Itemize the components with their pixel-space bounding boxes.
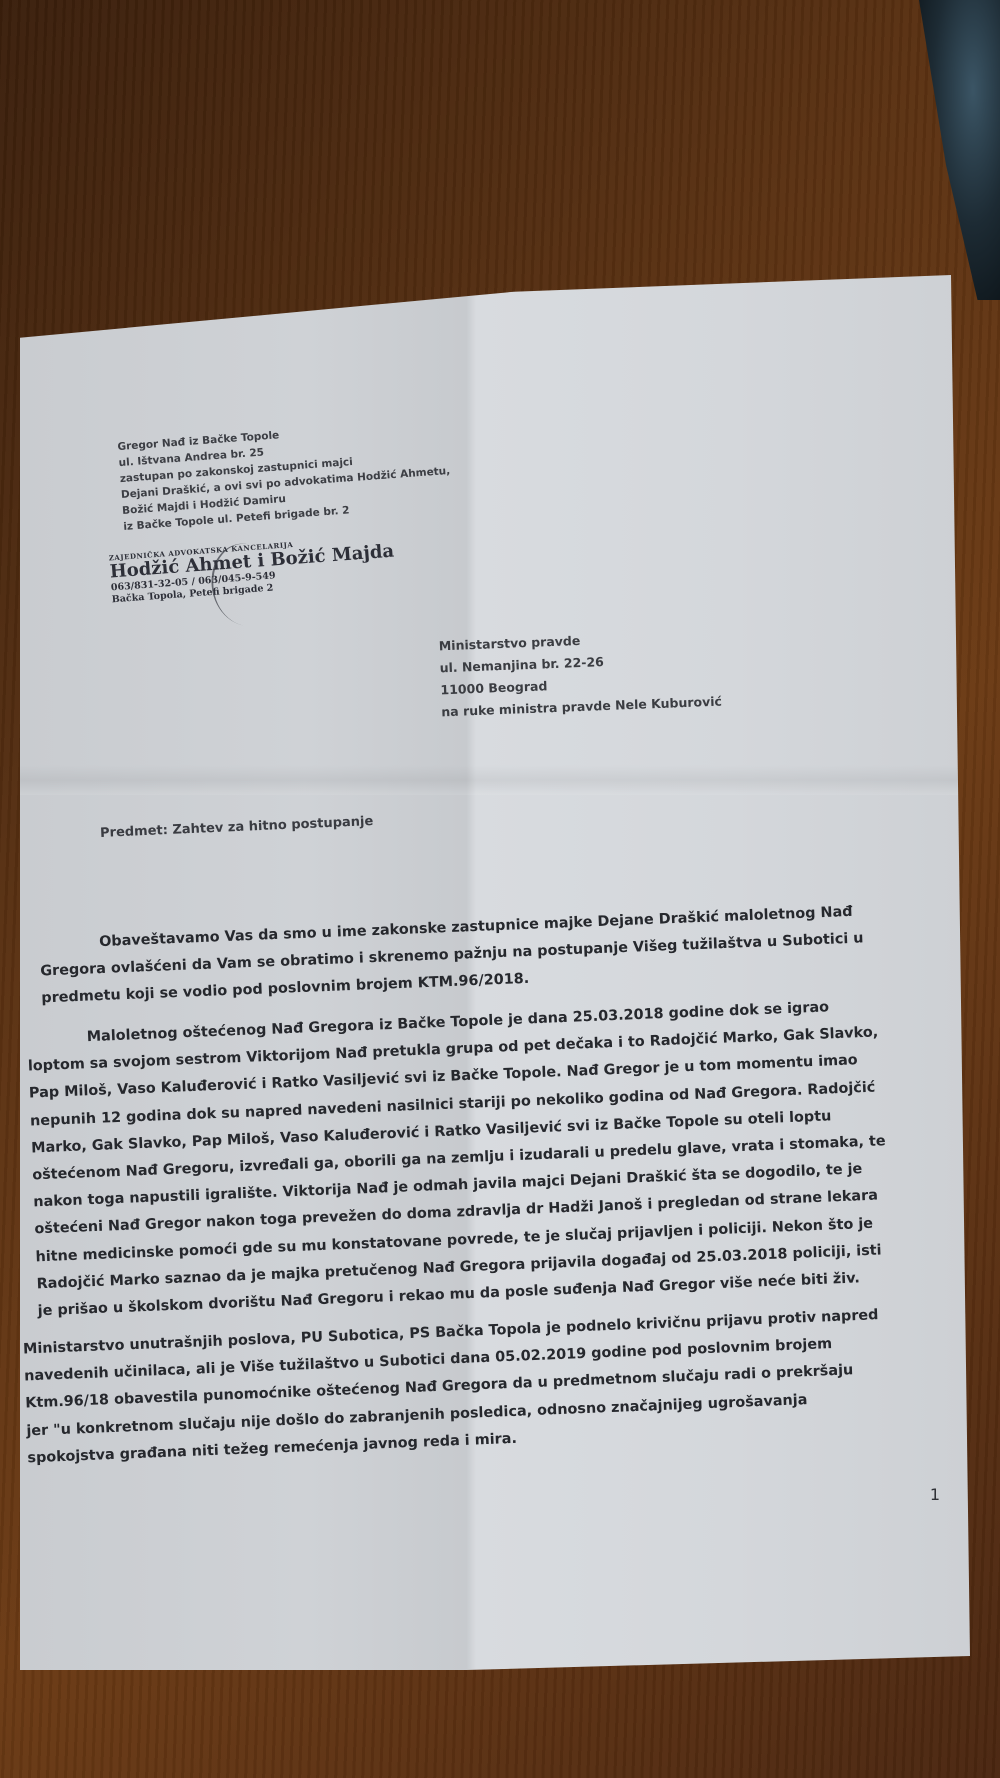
sender-address-block: Gregor Nađ iz Bačke Topole ul. Ištvana A… bbox=[117, 415, 453, 535]
paragraph-intro: Obaveštavamo Vas da smo u ime zakonske z… bbox=[39, 899, 862, 1013]
letter-subject: Predmet: Zahtev za hitno postupanje bbox=[100, 814, 374, 841]
page-number: 1 bbox=[930, 1485, 940, 1504]
paragraph-prosecution: Ministarstvo unutrašnjih poslova, PU Sub… bbox=[23, 1304, 848, 1473]
letter-content: Gregor Nađ iz Bačke Topole ul. Ištvana A… bbox=[20, 275, 970, 1670]
paragraph-incident: Maloletnog oštećenog Nađ Gregora iz Bačk… bbox=[26, 994, 857, 1326]
recipient-address-block: Ministarstvo pravde ul. Nemanjina br. 22… bbox=[438, 625, 722, 724]
